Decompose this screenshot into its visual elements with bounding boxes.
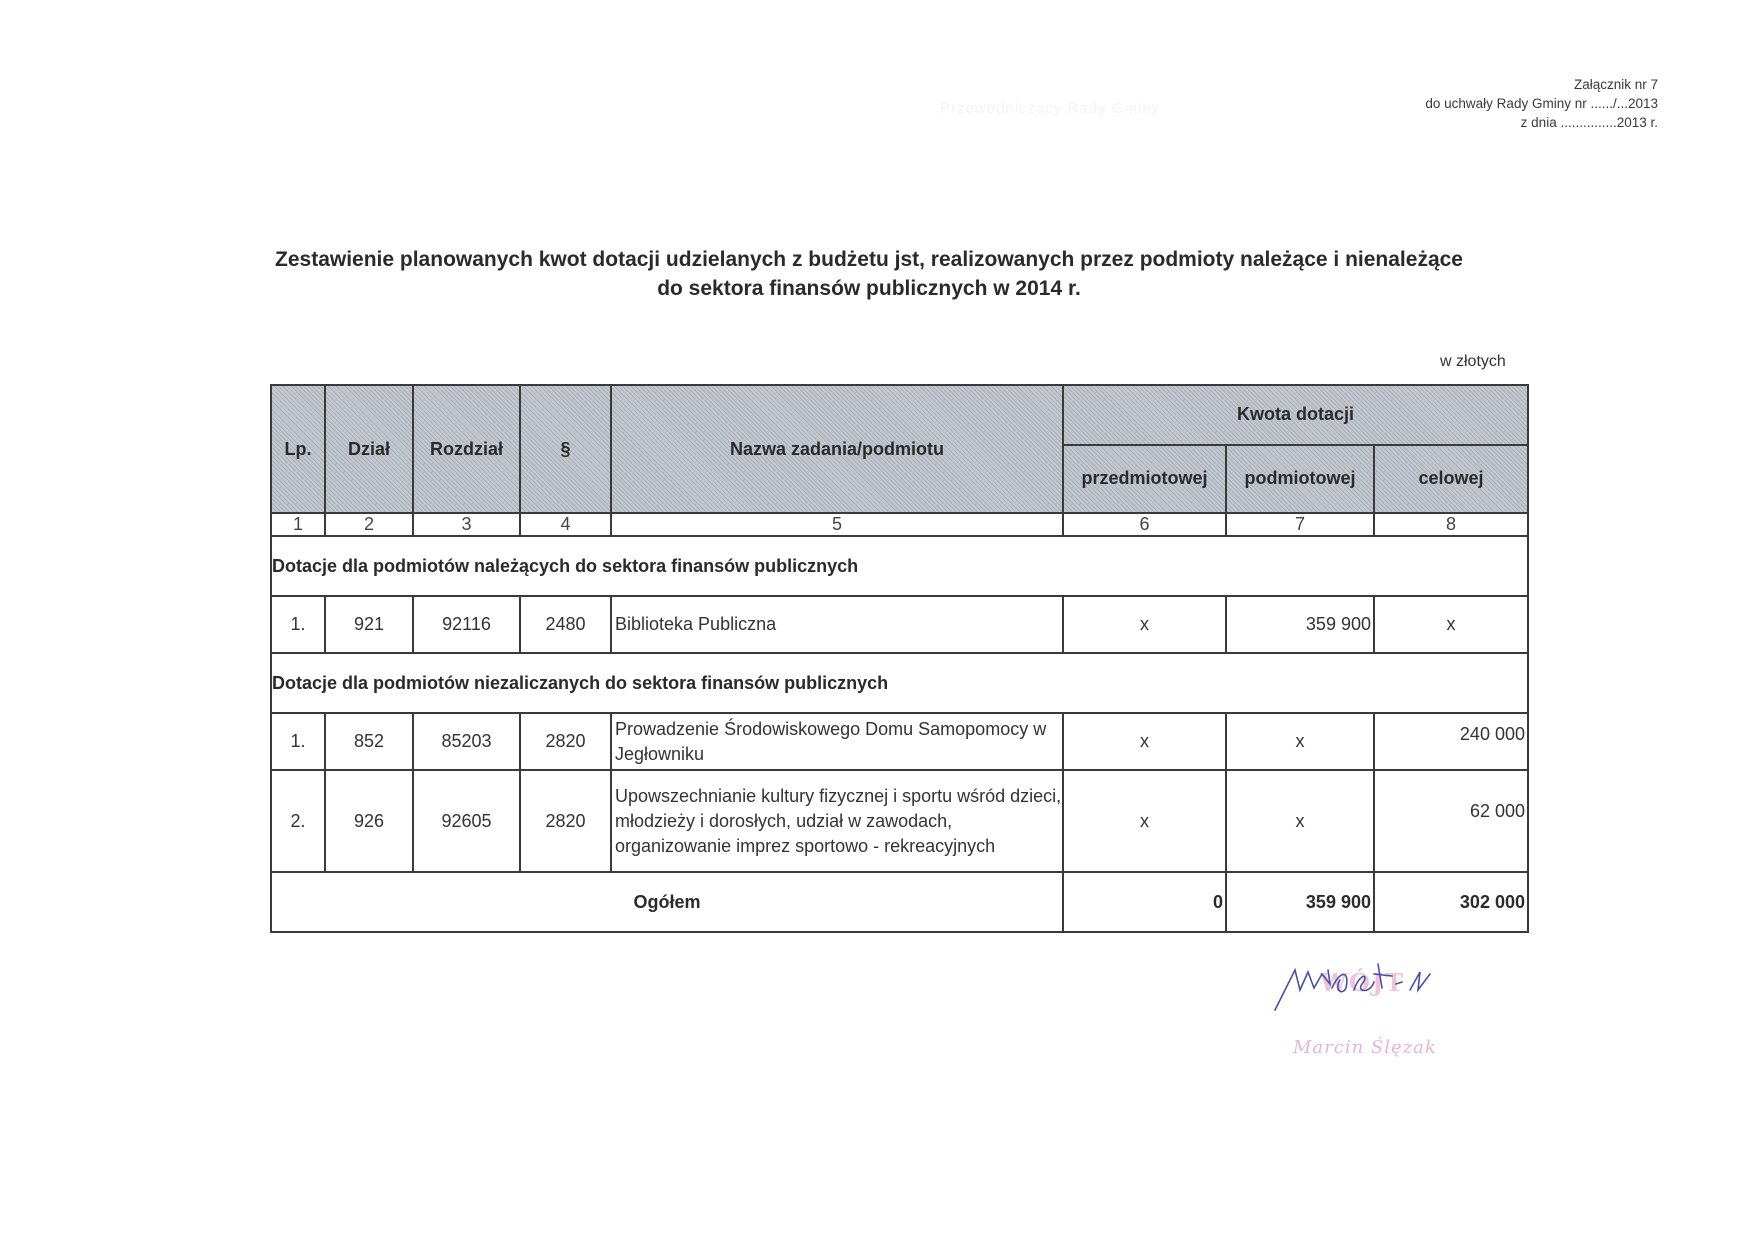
- cell-celowej: x: [1374, 596, 1528, 653]
- header-kwota-dotacji: Kwota dotacji: [1063, 385, 1528, 445]
- header-celowej: celowej: [1374, 445, 1528, 513]
- cell-przedmiotowej: x: [1063, 713, 1226, 770]
- title-line-1: Zestawienie planowanych kwot dotacji udz…: [230, 245, 1508, 274]
- cell-podmiotowej: 359 900: [1226, 596, 1374, 653]
- header-przedmiotowej: przedmiotowej: [1063, 445, 1226, 513]
- header-dzial: Dział: [325, 385, 413, 513]
- column-number: 7: [1226, 513, 1374, 536]
- cell-przedmiotowej: x: [1063, 770, 1226, 872]
- cell-dzial: 921: [325, 596, 413, 653]
- column-number: 4: [520, 513, 611, 536]
- title-line-2: do sektora finansów publicznych w 2014 r…: [230, 274, 1508, 303]
- attachment-resolution: do uchwały Rady Gminy nr ....../...2013: [1425, 94, 1658, 113]
- attachment-date: z dnia ...............2013 r.: [1425, 113, 1658, 132]
- column-number: 3: [413, 513, 520, 536]
- attachment-number: Załącznik nr 7: [1425, 75, 1658, 94]
- cell-nazwa: Prowadzenie Środowiskowego Domu Samopomo…: [611, 713, 1063, 770]
- header-podmiotowej: podmiotowej: [1226, 445, 1374, 513]
- cell-dzial: 852: [325, 713, 413, 770]
- total-row: Ogółem 0 359 900 302 000: [271, 872, 1528, 932]
- header-lp: Lp.: [271, 385, 325, 513]
- section-header-row: Dotacje dla podmiotów niezaliczanych do …: [271, 653, 1528, 713]
- column-number: 1: [271, 513, 325, 536]
- currency-unit: w złotych: [1440, 353, 1506, 371]
- cell-rozdzial: 92116: [413, 596, 520, 653]
- section-title-public: Dotacje dla podmiotów należących do sekt…: [271, 536, 1528, 596]
- cell-nazwa: Upowszechnianie kultury fizycznej i spor…: [611, 770, 1063, 872]
- total-podmiotowej: 359 900: [1226, 872, 1374, 932]
- cell-celowej: 62 000: [1374, 770, 1528, 872]
- cell-podmiotowej: x: [1226, 713, 1374, 770]
- handwritten-signature-icon: [1270, 960, 1490, 1080]
- column-number: 5: [611, 513, 1063, 536]
- total-przedmiotowej: 0: [1063, 872, 1226, 932]
- cell-rozdzial: 85203: [413, 713, 520, 770]
- cell-podmiotowej: x: [1226, 770, 1374, 872]
- cell-przedmiotowej: x: [1063, 596, 1226, 653]
- section-header-row: Dotacje dla podmiotów należących do sekt…: [271, 536, 1528, 596]
- cell-lp: 1.: [271, 596, 325, 653]
- cell-rozdzial: 92605: [413, 770, 520, 872]
- cell-paragraf: 2820: [520, 713, 611, 770]
- attachment-note: Załącznik nr 7 do uchwały Rady Gminy nr …: [1425, 75, 1658, 132]
- table-row: 1. 921 92116 2480 Biblioteka Publiczna x…: [271, 596, 1528, 653]
- cell-lp: 2.: [271, 770, 325, 872]
- document-title: Zestawienie planowanych kwot dotacji udz…: [230, 245, 1508, 303]
- cell-paragraf: 2820: [520, 770, 611, 872]
- header-row-1: Lp. Dział Rozdział § Nazwa zadania/podmi…: [271, 385, 1528, 445]
- faint-stamp-text: Przewodniczący Rady Gminy: [940, 100, 1160, 117]
- column-number: 2: [325, 513, 413, 536]
- cell-celowej: 240 000: [1374, 713, 1528, 770]
- column-number: 8: [1374, 513, 1528, 536]
- cell-nazwa: Biblioteka Publiczna: [611, 596, 1063, 653]
- column-number: 6: [1063, 513, 1226, 536]
- section-title-non-public: Dotacje dla podmiotów niezaliczanych do …: [271, 653, 1528, 713]
- grants-table: Lp. Dział Rozdział § Nazwa zadania/podmi…: [270, 384, 1529, 933]
- cell-dzial: 926: [325, 770, 413, 872]
- header-nazwa: Nazwa zadania/podmiotu: [611, 385, 1063, 513]
- table-row: 1. 852 85203 2820 Prowadzenie Środowisko…: [271, 713, 1528, 770]
- total-label: Ogółem: [271, 872, 1063, 932]
- table-row: 2. 926 92605 2820 Upowszechnianie kultur…: [271, 770, 1528, 872]
- cell-lp: 1.: [271, 713, 325, 770]
- column-number-row: 1 2 3 4 5 6 7 8: [271, 513, 1528, 536]
- signatory-name-stamp: Marcin Ślęzak: [1293, 1037, 1437, 1058]
- cell-paragraf: 2480: [520, 596, 611, 653]
- header-rozdzial: Rozdział: [413, 385, 520, 513]
- header-paragraf: §: [520, 385, 611, 513]
- total-celowej: 302 000: [1374, 872, 1528, 932]
